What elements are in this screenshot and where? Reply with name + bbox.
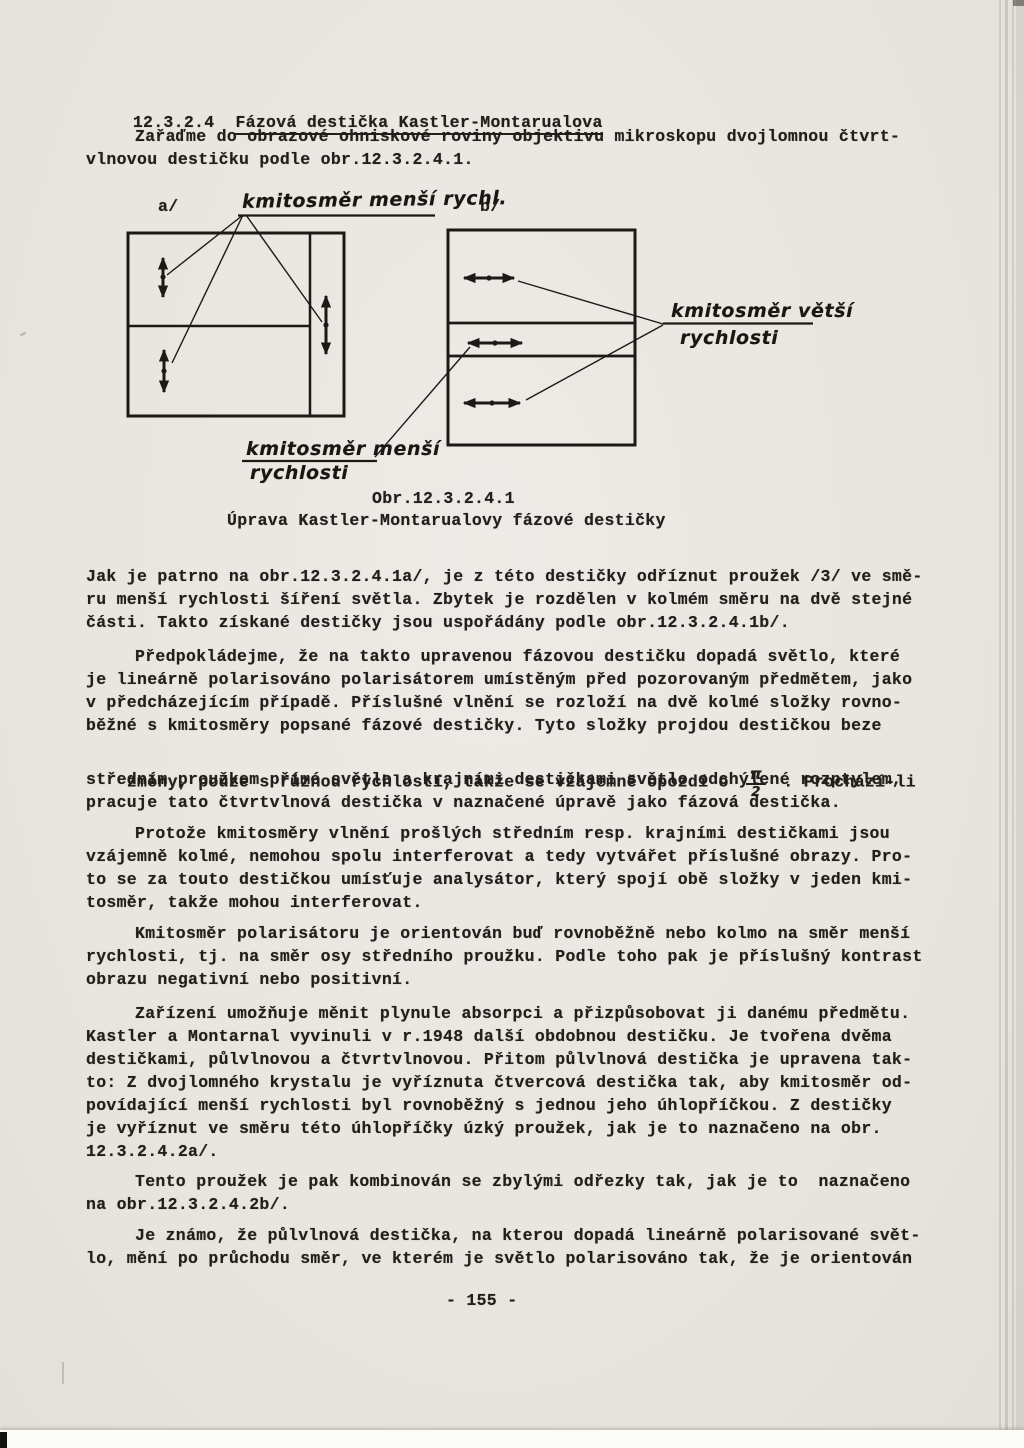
paragraph-3-fraction-line: změny, pouze s různou rychlostí, takže s… <box>86 736 916 766</box>
text-line: je vyříznut ve směru této úhlopříčky úzk… <box>86 1117 912 1140</box>
handwritten-label-lower-speed-top: kmitosměr menší rychl. <box>242 187 507 213</box>
scan-fold-line <box>1005 0 1008 1432</box>
figure-drawing <box>0 0 1024 560</box>
text-line: Je známo, že půlvlnová destička, na kter… <box>86 1224 921 1247</box>
scan-bottom-edge <box>0 1430 1024 1448</box>
text-line: v předcházejícím případě. Příslušné vlně… <box>86 691 912 714</box>
text-line: je lineárně polarisováno polarisátorem u… <box>86 668 912 691</box>
text-line: pracuje tato čtvrtvlnová destička v nazn… <box>86 791 902 814</box>
text-line: to se za touto destičkou umísťuje analys… <box>86 868 912 891</box>
paragraph-6: Zařízení umožňuje měnit plynule absorpci… <box>86 1002 912 1163</box>
text-line: 12.3.2.4.2a/. <box>86 1140 912 1163</box>
page-number: - 155 - <box>446 1291 517 1310</box>
handwritten-label-lower-speed-bottom-line1: kmitosměr menší <box>246 438 440 460</box>
text-line: destičkami, půlvlnovou a čtvrtvlnovou. P… <box>86 1048 912 1071</box>
paragraph-2: Jak je patrno na obr.12.3.2.4.1a/, je z … <box>86 565 923 634</box>
text-line: povídající menší rychlosti byl rovnoběžn… <box>86 1094 912 1117</box>
text-line: Zařízení umožňuje měnit plynule absorpci… <box>86 1002 912 1025</box>
text-line: tosměr, takže mohou interferovat. <box>86 891 912 914</box>
paragraph-5: Kmitosměr polarisátoru je orientován buď… <box>86 922 923 991</box>
figure-caption-number: Obr.12.3.2.4.1 <box>372 489 515 508</box>
handwritten-label-higher-speed-line1: kmitosměr větší <box>671 300 853 322</box>
text-line: vzájemně kolmé, nemohou spolu interferov… <box>86 845 912 868</box>
scan-speck <box>62 1362 64 1384</box>
paragraph-3-part1: Předpokládejme, že na takto upravenou fá… <box>86 645 912 737</box>
text-line: na obr.12.3.2.4.2b/. <box>86 1193 910 1216</box>
figure-part-label-a: a/ <box>158 197 178 216</box>
text-line: rychlosti, tj. na směr osy středního pro… <box>86 945 923 968</box>
leader-lines <box>167 215 663 457</box>
text-line: ru menší rychlosti šíření světla. Zbytek… <box>86 588 923 611</box>
paragraph-4: Protože kmitosměry vlnění prošlých střed… <box>86 822 912 914</box>
paragraph-8: Je známo, že půlvlnová destička, na kter… <box>86 1224 921 1270</box>
plate-b-diagram <box>448 230 635 445</box>
figure-caption-title: Úprava Kastler-Montarualovy fázové desti… <box>227 511 666 530</box>
text-line: Kmitosměr polarisátoru je orientován buď… <box>86 922 923 945</box>
scan-corner-mark <box>1013 0 1024 6</box>
text-line: Protože kmitosměry vlnění prošlých střed… <box>86 822 912 845</box>
paragraph-3-part2: středním proužkem přímé světlo a krajním… <box>86 768 902 814</box>
text-line: to: Z dvojlomného krystalu je vyříznuta … <box>86 1071 912 1094</box>
text-line: lo, mění po průchodu směr, ve kterém je … <box>86 1247 921 1270</box>
plate-a-diagram <box>128 233 344 416</box>
scan-fold-line <box>999 0 1001 1432</box>
text-line: běžné s kmitosměry popsané fázové destič… <box>86 714 912 737</box>
handwritten-label-higher-speed-line2: rychlosti <box>680 327 778 349</box>
scan-corner-mark <box>0 1432 7 1448</box>
text-line: části. Takto získané destičky jsou uspoř… <box>86 611 923 634</box>
text-line: Jak je patrno na obr.12.3.2.4.1a/, je z … <box>86 565 923 588</box>
text-line: středním proužkem přímé světlo a krajním… <box>86 768 902 791</box>
text-line: Kastler a Montarnal vyvinuli v r.1948 da… <box>86 1025 912 1048</box>
scanned-document-page: 12.3.2.4Fázová destička Kastler-Montarua… <box>0 0 1024 1448</box>
scan-fold-line <box>1012 0 1014 1432</box>
paragraph-7: Tento proužek je pak kombinován se zbylý… <box>86 1170 910 1216</box>
text-line: Předpokládejme, že na takto upravenou fá… <box>86 645 912 668</box>
text-line: obrazu negativní nebo positivní. <box>86 968 923 991</box>
handwritten-label-lower-speed-bottom-line2: rychlosti <box>250 462 348 484</box>
scan-edge-band <box>1016 0 1024 1432</box>
text-line: Tento proužek je pak kombinován se zbylý… <box>86 1170 910 1193</box>
